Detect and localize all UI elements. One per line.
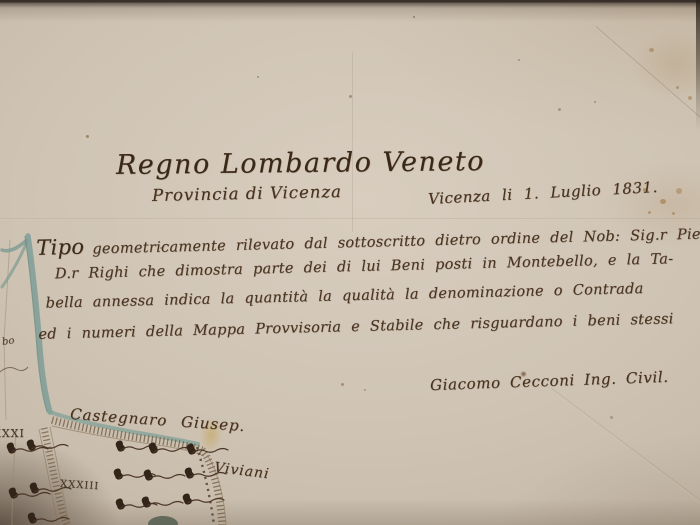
document-title: Regno Lombardo Veneto: [116, 146, 485, 181]
crease-horizontal: [0, 218, 700, 220]
tree-symbol: [28, 513, 69, 524]
tree-symbol: [144, 470, 185, 481]
body-line-4: ed i numeri della Mappa Provvisoria e St…: [38, 311, 674, 343]
tree-symbol: [187, 444, 228, 455]
fox-spot: [349, 95, 352, 98]
tree-symbol: [183, 494, 224, 505]
fox-spot: [257, 76, 259, 78]
fox-spot: [413, 16, 415, 18]
map-text-fragment: bo: [1, 335, 15, 348]
photo-top-edge: [0, 0, 700, 8]
document-subtitle: Provincia di Vicenza: [152, 182, 342, 205]
signature: Giacomo Cecconi Ing. Civil.: [430, 368, 669, 394]
body-lead-word: Tipo: [36, 235, 85, 260]
tree-symbol: [142, 497, 183, 508]
fox-spot: [676, 86, 679, 89]
fox-spot: [648, 211, 651, 214]
crease-vertical: [352, 52, 353, 232]
body-line-3: bella annessa indica la quantità la qual…: [45, 281, 643, 312]
photo-right-edge: [696, 0, 700, 130]
fox-spot: [676, 188, 682, 194]
fox-spot: [610, 416, 613, 419]
road-edge-left: [50, 427, 69, 525]
ink-blot: [520, 371, 527, 377]
tree-symbol: [149, 443, 190, 454]
fox-spot: [364, 389, 366, 391]
fox-spot: [649, 48, 654, 52]
map-parcel-number-xxxi: XXXI: [0, 427, 25, 440]
fox-spot: [518, 59, 520, 61]
fox-spot: [86, 135, 89, 138]
fox-spot: [594, 101, 596, 103]
vegetation-patch: [148, 516, 178, 525]
fox-spot: [672, 212, 675, 215]
document-body: Tipogeometricamente rilevato dal sottosc…: [30, 220, 693, 366]
manuscript-photo: Regno Lombardo Veneto Provincia di Vicen…: [0, 0, 700, 525]
fox-spot: [688, 96, 692, 100]
map-boundary-line: [4, 240, 10, 420]
fox-spot: [660, 199, 666, 204]
crease-bottom-right: [551, 388, 700, 504]
fox-spot: [558, 108, 561, 111]
paper-stain: [630, 30, 700, 100]
fox-spot: [341, 383, 344, 386]
